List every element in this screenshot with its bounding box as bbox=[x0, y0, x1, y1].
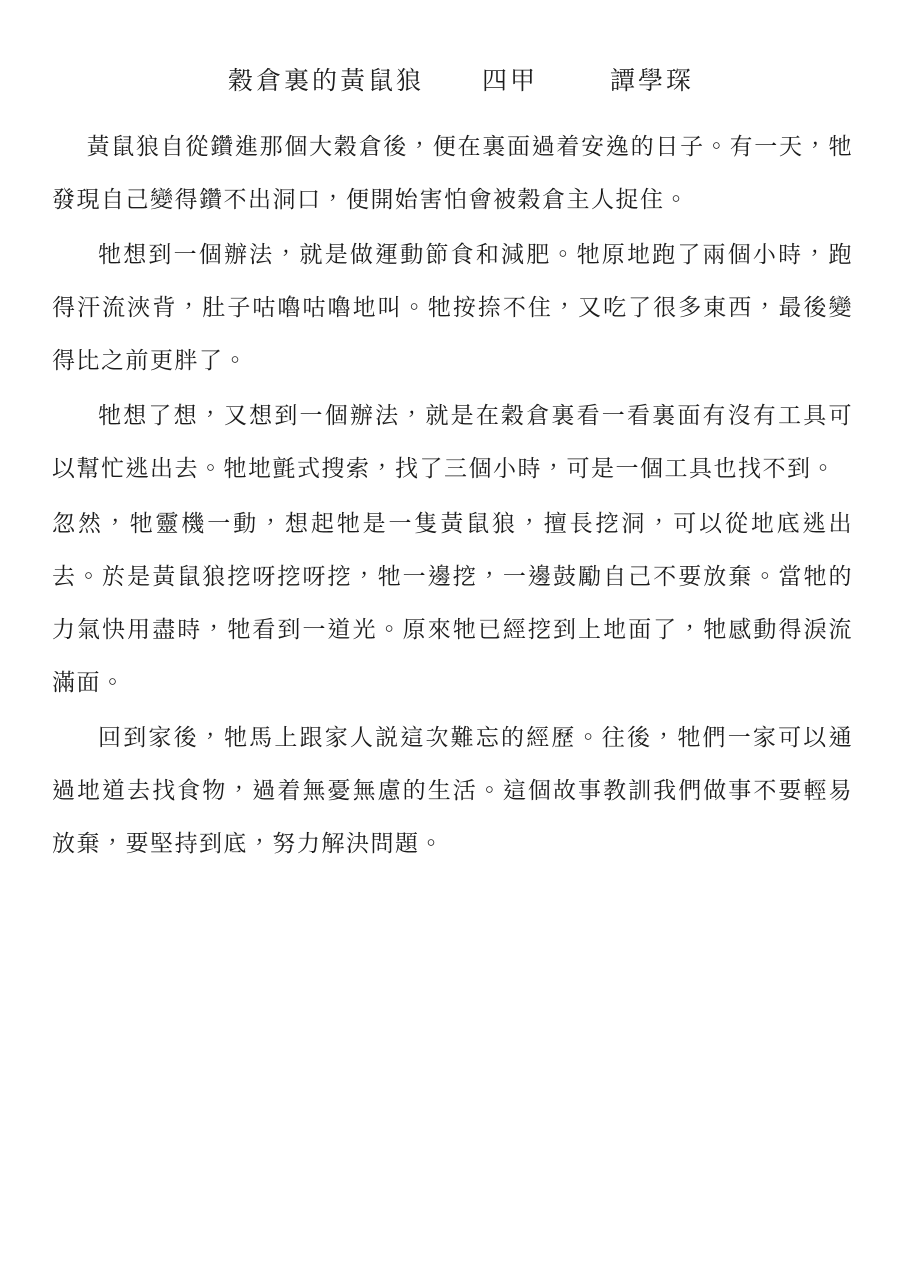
document-title: 穀倉裏的黃鼠狼 bbox=[228, 68, 424, 95]
paragraph: 牠想到一個辦法，就是做運動節食和減肥。牠原地跑了兩個小時，跑得汗流浹背，肚子咕嚕… bbox=[52, 228, 853, 387]
title-line: 穀倉裏的黃鼠狼四甲譚學琛 bbox=[228, 62, 853, 102]
essay-body: 黃鼠狼自從鑽進那個大穀倉後，便在裏面過着安逸的日子。有一天，牠發現自己變得鑽不出… bbox=[52, 120, 853, 870]
document-page: 穀倉裏的黃鼠狼四甲譚學琛 黃鼠狼自從鑽進那個大穀倉後，便在裏面過着安逸的日子。有… bbox=[0, 0, 905, 1280]
author-name: 譚學琛 bbox=[610, 68, 694, 95]
paragraph: 黃鼠狼自從鑽進那個大穀倉後，便在裏面過着安逸的日子。有一天，牠發現自己變得鑽不出… bbox=[52, 120, 853, 226]
paragraph: 忽然，牠靈機一動，想起牠是一隻黃鼠狼，擅長挖洞，可以從地底逃出去。於是黃鼠狼挖呀… bbox=[52, 497, 853, 709]
paragraph: 牠想了想，又想到一個辦法，就是在穀倉裏看一看裏面有沒有工具可以幫忙逃出去。牠地氈… bbox=[52, 389, 853, 495]
paragraph: 回到家後，牠馬上跟家人説這次難忘的經歷。往後，牠們一家可以通過地道去找食物，過着… bbox=[52, 711, 853, 870]
class-label: 四甲 bbox=[482, 68, 538, 95]
